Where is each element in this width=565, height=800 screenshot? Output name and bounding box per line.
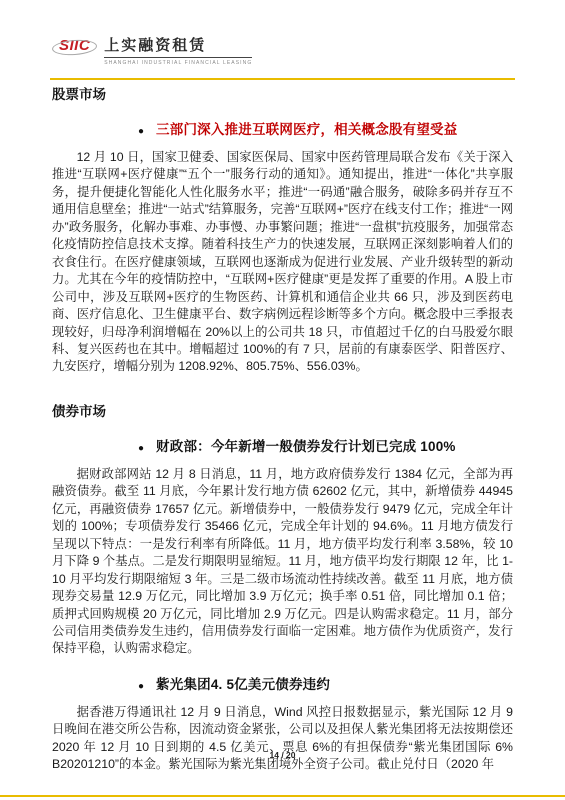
- company-logo: SIIC 上实融资租赁 SHANGHAI INDUSTRIAL FINANCIA…: [52, 34, 513, 66]
- company-name-english: SHANGHAI INDUSTRIAL FINANCIAL LEASING: [104, 60, 252, 66]
- article-heading-unigroup-default: 紫光集团4. 5亿美元债券违约: [156, 673, 330, 693]
- article-heading-row: ● 紫光集团4. 5亿美元债券违约: [138, 673, 513, 693]
- page-number: 14 / 20: [0, 750, 565, 760]
- bullet-icon: ●: [138, 680, 144, 693]
- siic-logo-icon: SIIC: [52, 34, 97, 56]
- section-title-bond-market: 债券市场: [52, 400, 513, 420]
- article-heading-mof-bonds: 财政部：今年新增一般债券发行计划已完成 100%: [156, 435, 456, 455]
- article-paragraph-unigroup-default: 据香港万得通讯社 12 月 9 日消息，Wind 风控日报数据显示，紫光国际 1…: [52, 704, 513, 774]
- logo-text-block: 上实融资租赁 SHANGHAI INDUSTRIAL FINANCIAL LEA…: [104, 34, 252, 66]
- article-paragraph-internet-healthcare: 12 月 10 日，国家卫健委、国家医保局、国家中医药管理局联合发布《关于深入推…: [52, 149, 513, 376]
- company-name: 上实融资租赁: [104, 34, 252, 58]
- document-content: 股票市场 ● 三部门深入推进互联网医疗，相关概念股有望受益 12 月 10 日，…: [52, 83, 513, 774]
- article-paragraph-mof-bonds: 据财政部网站 12 月 8 日消息，11 月，地方政府债券发行 1384 亿元，…: [52, 466, 513, 658]
- bullet-icon: ●: [138, 125, 144, 138]
- page-header: SIIC 上实融资租赁 SHANGHAI INDUSTRIAL FINANCIA…: [52, 34, 513, 66]
- article-heading-internet-healthcare: 三部门深入推进互联网医疗，相关概念股有望受益: [156, 118, 457, 138]
- article-heading-row: ● 三部门深入推进互联网医疗，相关概念股有望受益: [138, 118, 513, 138]
- bullet-icon: ●: [138, 442, 144, 455]
- article-heading-row: ● 财政部：今年新增一般债券发行计划已完成 100%: [138, 435, 513, 455]
- footer-divider-line: [0, 795, 565, 797]
- section-title-stock-market: 股票市场: [52, 83, 513, 103]
- header-divider-line: [50, 78, 515, 80]
- document-page: SIIC 上实融资租赁 SHANGHAI INDUSTRIAL FINANCIA…: [0, 0, 565, 800]
